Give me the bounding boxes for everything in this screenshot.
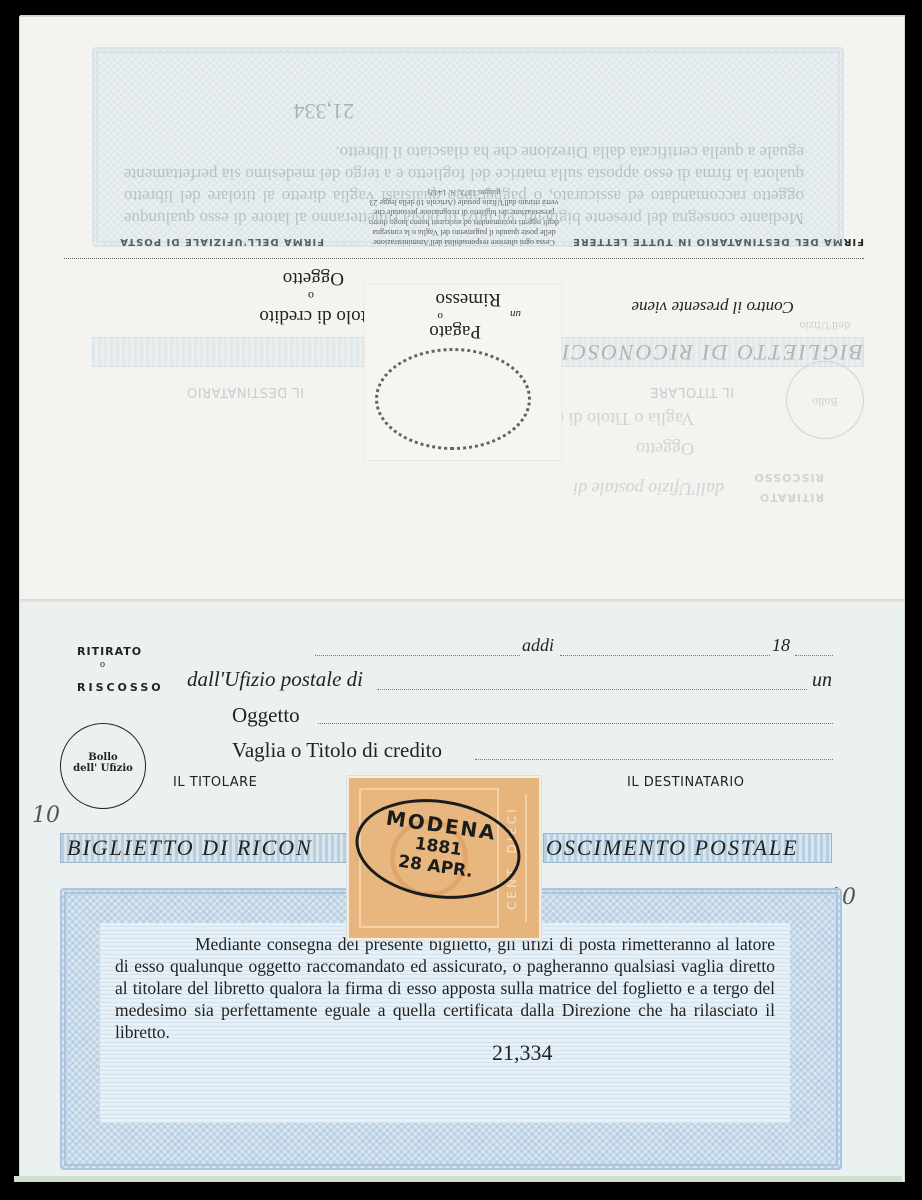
- partial-postmark-icon: [375, 348, 531, 450]
- pagato-un: un: [510, 308, 521, 320]
- ufizio-label: dall'Ufizio postale di: [187, 667, 363, 692]
- bollo-line2: dell' Ufizio: [61, 763, 145, 774]
- pagato-or: o: [438, 310, 444, 322]
- date-field[interactable]: [560, 655, 770, 656]
- banner-left: BIGLIETTO DI RICON: [60, 833, 353, 863]
- signature-line: [64, 258, 864, 259]
- upper-inverted-content: RITIRATO RISCOSSO dall'Ufizio postale di…: [20, 17, 904, 599]
- serial-number: 21,334: [492, 1040, 553, 1066]
- ghost-bollo-circle: Bollo dell'Ufizio: [786, 361, 864, 439]
- ghost-oggetto: Oggetto: [636, 438, 694, 459]
- year-prefix: 18: [772, 635, 790, 656]
- place-field[interactable]: [315, 655, 520, 656]
- ufizio-field[interactable]: [377, 689, 807, 690]
- bollo-line1: Bollo: [61, 752, 145, 763]
- pagato-label: Pagato: [429, 320, 481, 342]
- vaglia-titolo-field[interactable]: [475, 759, 833, 760]
- ghost-ritirato: RITIRATO: [759, 491, 824, 504]
- titolare-label: IL TITOLARE: [173, 775, 257, 790]
- oggetto-label: Oggetto: [232, 703, 300, 728]
- body-text: Mediante consegna del presente biglietto…: [115, 933, 775, 1043]
- destinatario-label: IL DESTINATARIO: [627, 775, 745, 790]
- ghost-titolare: IL TITOLARE: [650, 384, 734, 399]
- ghost-destinatario: IL DESTINATARIO: [187, 384, 305, 399]
- ritirato-label: RITIRATO: [77, 645, 142, 658]
- postage-stamp: CENT. DIECI MODENA 1881 28 APR.: [347, 776, 541, 940]
- contro-text: Contro il presente viene: [631, 297, 794, 317]
- pencil-annotation-left: 10: [32, 803, 60, 828]
- upper-half-inverted: RITIRATO RISCOSSO dall'Ufizio postale di…: [20, 17, 904, 599]
- ghost-serial-number: 21,334: [294, 98, 355, 124]
- ghost-body-text-content: Mediante consegna del presente biglietto…: [124, 143, 804, 228]
- lower-half: RITIRATO o RISCOSSO addi 18 dall'Ufizio …: [20, 603, 904, 1181]
- vaglia-titolo-label: Vaglia o Titolo di credito: [232, 738, 442, 763]
- bollo-ufizio-circle: Bollo dell' Ufizio: [60, 723, 146, 809]
- rimesso-label: Rimesso: [436, 288, 501, 310]
- banner-right: OSCIMENTO POSTALE: [543, 833, 832, 863]
- removed-stamp-area: Pagato o un Rimesso: [364, 284, 562, 461]
- ritirato-or: o: [100, 659, 105, 670]
- ghost-riscosso: RISCOSSO: [753, 471, 824, 484]
- addi-label: addi: [522, 635, 554, 656]
- oggetto-field[interactable]: [318, 723, 833, 724]
- ghost-body-text: Mediante consegna del presente biglietto…: [124, 141, 804, 229]
- un-label: un: [812, 669, 832, 692]
- ghost-ufizio: dall'Ufizio postale di: [573, 478, 724, 499]
- or-connector: o: [308, 288, 314, 303]
- oggetto-text: Oggetto: [283, 267, 344, 289]
- booklet-page: RITIRATO RISCOSSO dall'Ufizio postale di…: [20, 17, 904, 1181]
- page-edge-bottom: [14, 1176, 902, 1182]
- year-field[interactable]: [795, 655, 833, 656]
- riscosso-label: RISCOSSO: [77, 681, 164, 694]
